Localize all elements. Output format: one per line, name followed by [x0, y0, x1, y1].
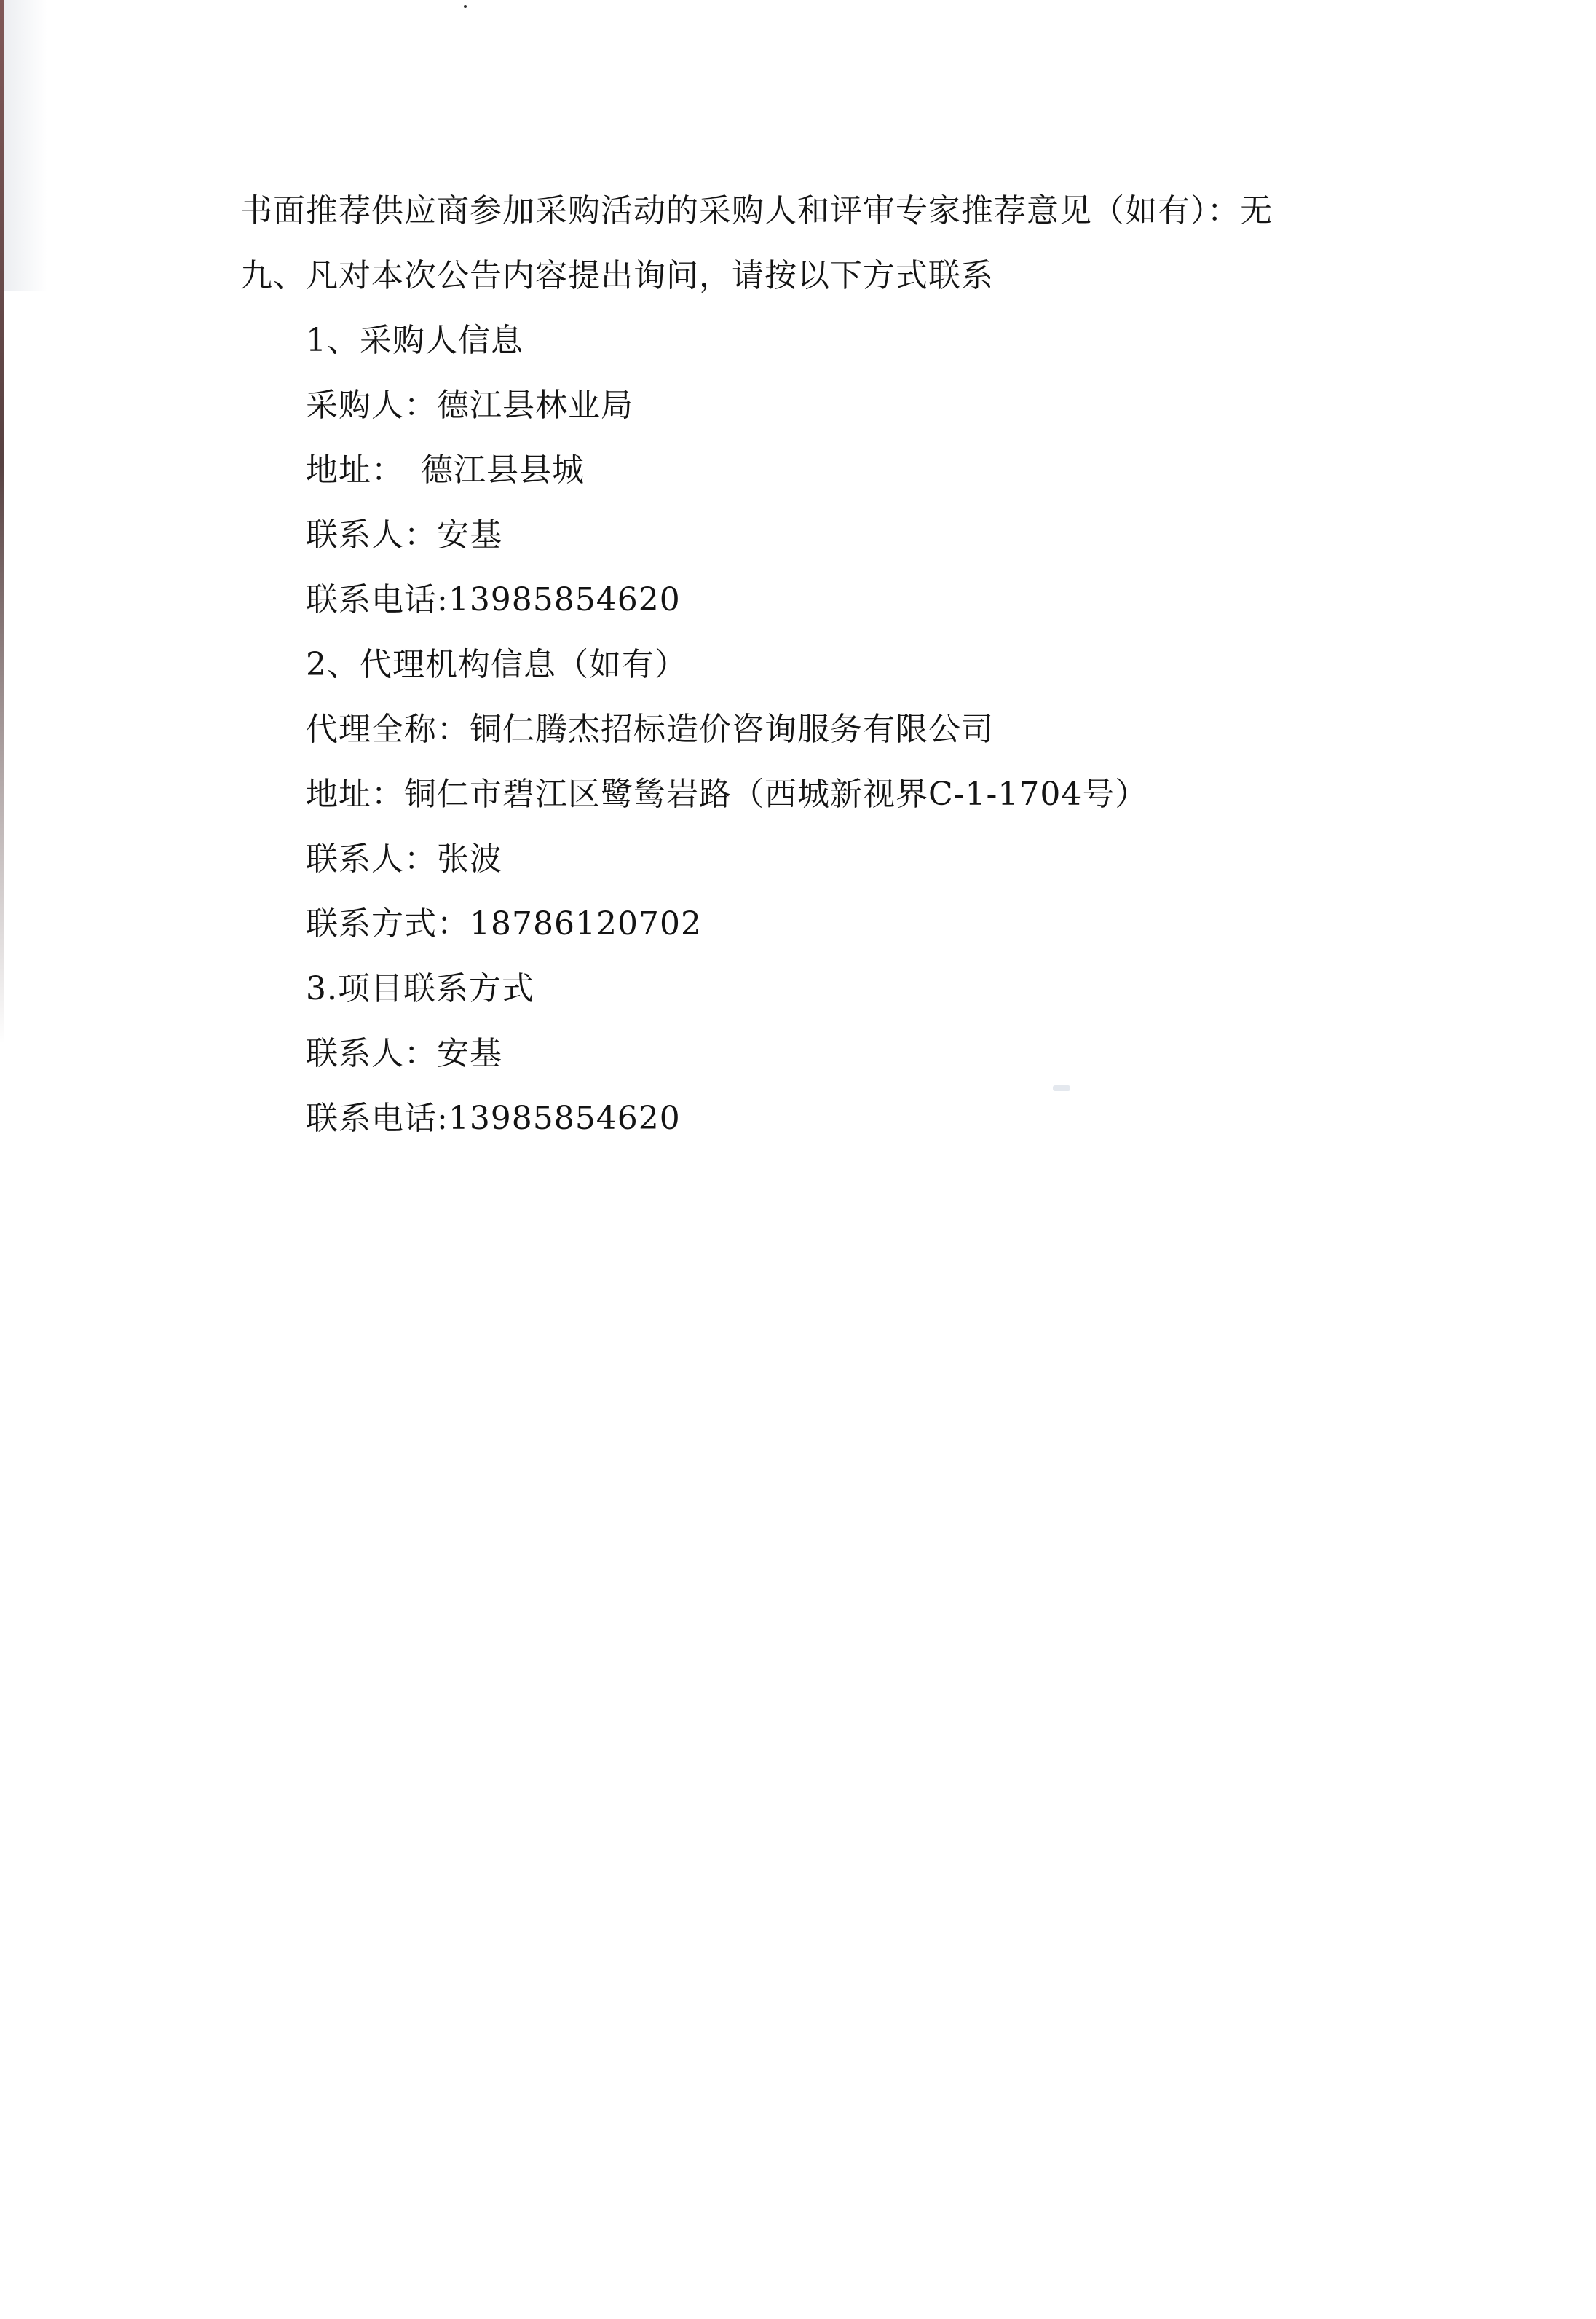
project-contact-person: 联系人：安基	[306, 1033, 502, 1074]
agency-info-heading: 2、代理机构信息（如有）	[306, 645, 687, 685]
section-nine-heading: 九、凡对本次公告内容提出询问，请按以下方式联系	[240, 256, 994, 296]
agency-contact-person: 联系人：张波	[306, 839, 502, 880]
project-contact-phone: 联系电话:13985854620	[306, 1098, 681, 1139]
agency-contact-method: 联系方式：18786120702	[306, 904, 702, 945]
purchaser-contact-phone: 联系电话:13985854620	[306, 580, 681, 621]
document-page: 书面推荐供应商参加采购活动的采购人和评审专家推荐意见（如有）：无 九、凡对本次公…	[0, 0, 1596, 2319]
project-contact-heading: 3.项目联系方式	[306, 969, 534, 1009]
recommendation-opinion-line: 书面推荐供应商参加采购活动的采购人和评审专家推荐意见（如有）：无	[240, 191, 1273, 232]
purchaser-address: 地址： 德江县县城	[306, 450, 585, 491]
purchaser-name: 采购人：德江县林业局	[306, 385, 633, 426]
purchaser-contact-person: 联系人：安基	[306, 515, 502, 556]
agency-full-name: 代理全称：铜仁腾杰招标造价咨询服务有限公司	[306, 709, 994, 750]
purchaser-info-heading: 1、采购人信息	[306, 320, 524, 361]
agency-address: 地址：铜仁市碧江区鹭鸶岩路（西城新视界C-1-1704号）	[306, 774, 1147, 815]
